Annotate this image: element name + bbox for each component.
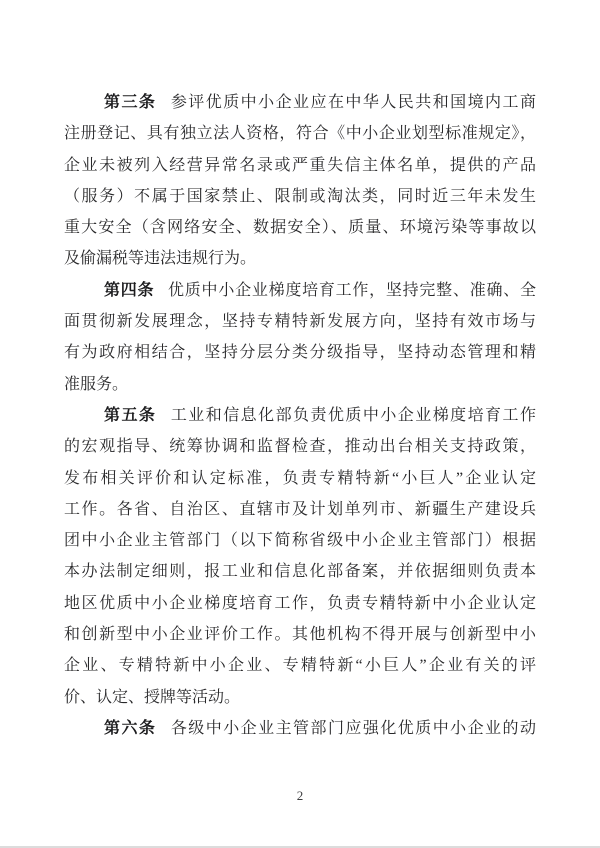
text-line: 团中小企业主管部门（以下简称省级中小企业主管部门）根据 bbox=[64, 525, 536, 556]
text-line: 第六条各级中小企业主管部门应强化优质中小企业的动 bbox=[64, 713, 536, 744]
text-line: 第五条工业和信息化部负责优质中小企业梯度培育工作 bbox=[64, 400, 536, 431]
page-number: 2 bbox=[0, 788, 600, 804]
text-line: 企业未被列入经营异常名录或严重失信主体名单，提供的产品 bbox=[64, 150, 536, 181]
text-line: 地区优质中小企业梯度培育工作，负责专精特新中小企业认定 bbox=[64, 588, 536, 619]
text-line: 准服务。 bbox=[64, 369, 536, 400]
text-line-content: 工业和信息化部负责优质中小企业梯度培育工作 bbox=[169, 407, 536, 424]
text-line: 第三条参评优质中小企业应在中华人民共和国境内工商 bbox=[64, 87, 536, 118]
text-line: 和创新型中小企业评价工作。其他机构不得开展与创新型中小 bbox=[64, 619, 536, 650]
text-line: 面贯彻新发展理念，坚持专精特新发展方向，坚持有效市场与 bbox=[64, 306, 536, 337]
article-marker: 第三条 bbox=[104, 94, 156, 111]
article-marker: 第六条 bbox=[104, 720, 156, 737]
text-line-content: 优质中小企业梯度培育工作，坚持完整、准确、全 bbox=[167, 282, 536, 299]
text-line: 及偷漏税等违法违规行为。 bbox=[64, 243, 536, 274]
text-line: 企业、专精特新中小企业、专精特新“小巨人”企业有关的评 bbox=[64, 650, 536, 681]
text-line: 本办法制定细则，报工业和信息化部备案，并依据细则负责本 bbox=[64, 556, 536, 587]
text-line: 注册登记、具有独立法人资格，符合《中小企业划型标准规定》， bbox=[64, 118, 536, 149]
text-line: 第四条优质中小企业梯度培育工作，坚持完整、准确、全 bbox=[64, 275, 536, 306]
text-line: 的宏观指导、统筹协调和监督检查，推动出台相关支持政策， bbox=[64, 431, 536, 462]
text-line: 有为政府相结合，坚持分层分类分级指导，坚持动态管理和精 bbox=[64, 337, 536, 368]
text-line: （服务）不属于国家禁止、限制或淘汰类，同时近三年未发生 bbox=[64, 181, 536, 212]
text-line: 发布相关评价和认定标准，负责专精特新“小巨人”企业认定 bbox=[64, 463, 536, 494]
article-marker: 第五条 bbox=[104, 407, 156, 424]
text-line: 重大安全（含网络安全、数据安全）、质量、环境污染等事故以 bbox=[64, 212, 536, 243]
document-page: 第三条参评优质中小企业应在中华人民共和国境内工商注册登记、具有独立法人资格，符合… bbox=[0, 0, 600, 848]
text-line: 价、认定、授牌等活动。 bbox=[64, 682, 536, 713]
text-line-content: 各级中小企业主管部门应强化优质中小企业的动 bbox=[169, 720, 536, 737]
text-line-content: 参评优质中小企业应在中华人民共和国境内工商 bbox=[169, 94, 536, 111]
text-line: 工作。各省、自治区、直辖市及计划单列市、新疆生产建设兵 bbox=[64, 494, 536, 525]
article-marker: 第四条 bbox=[104, 282, 154, 299]
document-body: 第三条参评优质中小企业应在中华人民共和国境内工商注册登记、具有独立法人资格，符合… bbox=[64, 87, 536, 744]
